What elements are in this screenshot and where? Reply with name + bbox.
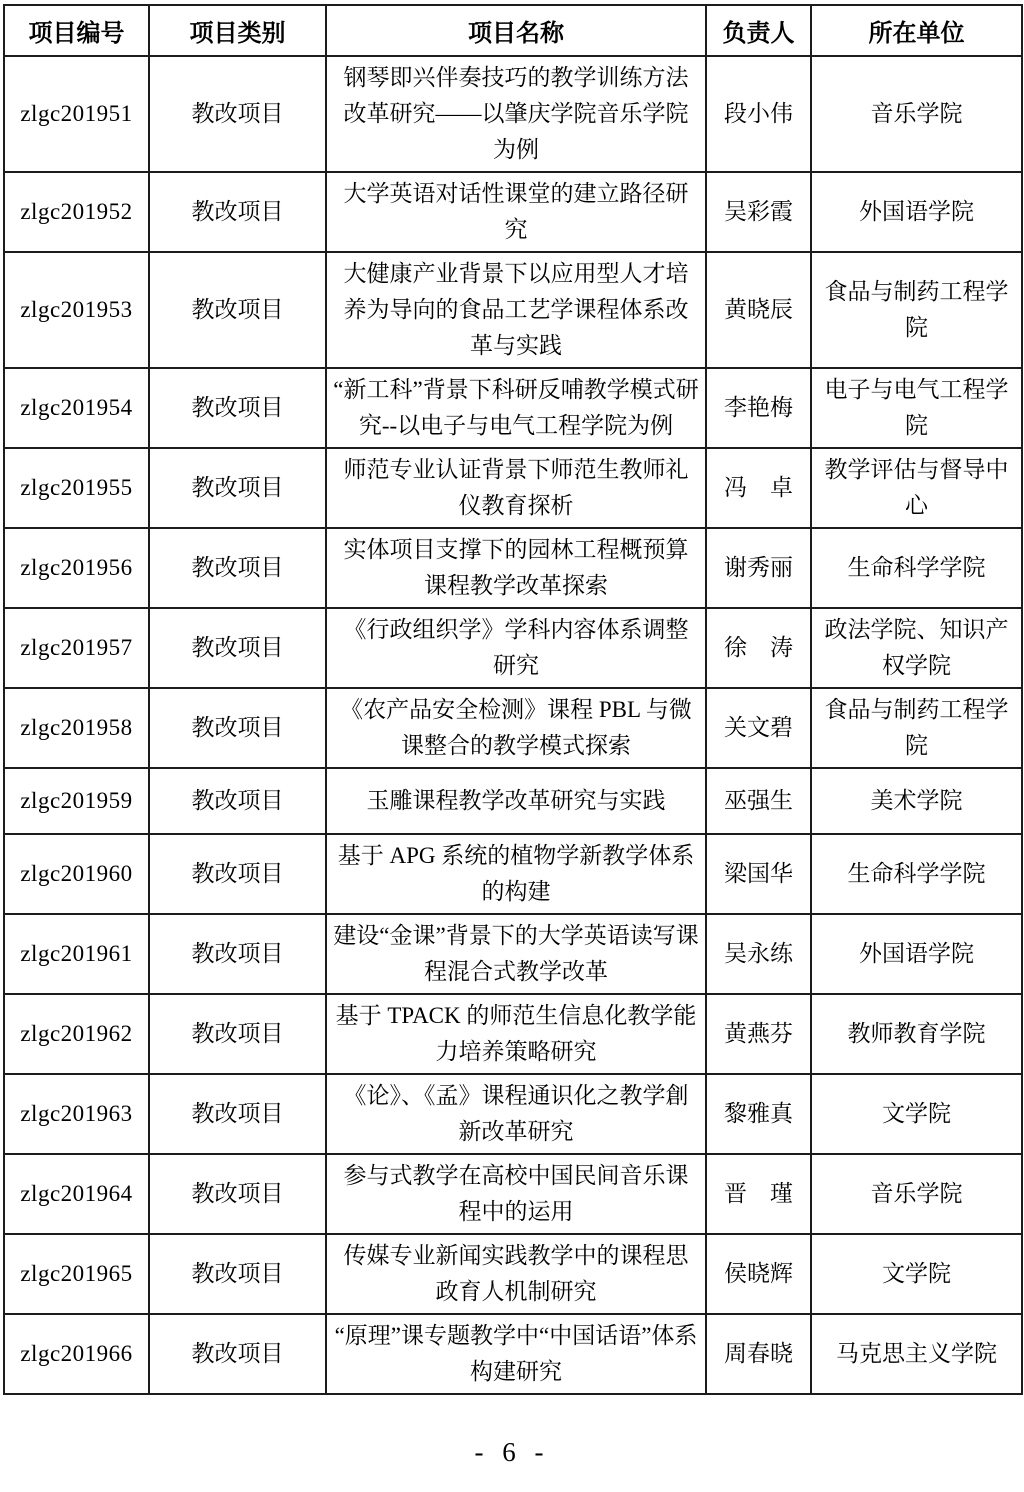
project-id-cell: zlgc201953	[4, 252, 149, 368]
table-row: zlgc201953 教改项目 大健康产业背景下以应用型人才培养为导向的食品工艺…	[4, 252, 1022, 368]
project-category-cell: 教改项目	[149, 1234, 326, 1314]
project-unit-cell: 音乐学院	[811, 1154, 1022, 1234]
header-project-leader: 负责人	[706, 5, 811, 56]
table-row: zlgc201961 教改项目 建设“金课”背景下的大学英语读写课程混合式教学改…	[4, 914, 1022, 994]
table-row: zlgc201966 教改项目 “原理”课专题教学中“中国话语”体系构建研究 周…	[4, 1314, 1022, 1394]
table-row: zlgc201962 教改项目 基于 TPACK 的师范生信息化教学能力培养策略…	[4, 994, 1022, 1074]
project-leader-cell: 吴彩霞	[706, 172, 811, 252]
project-leader-cell: 冯 卓	[706, 448, 811, 528]
project-id-cell: zlgc201958	[4, 688, 149, 768]
project-category-cell: 教改项目	[149, 834, 326, 914]
project-leader-cell: 周春晓	[706, 1314, 811, 1394]
project-id-cell: zlgc201951	[4, 56, 149, 172]
project-name-cell: 参与式教学在高校中国民间音乐课程中的运用	[326, 1154, 706, 1234]
project-name-cell: 《论》、《孟》课程通识化之教学創新改革研究	[326, 1074, 706, 1154]
project-name-cell: 基于 APG 系统的植物学新教学体系的构建	[326, 834, 706, 914]
project-unit-cell: 电子与电气工程学院	[811, 368, 1022, 448]
project-leader-cell: 李艳梅	[706, 368, 811, 448]
project-unit-cell: 生命科学学院	[811, 528, 1022, 608]
table-row: zlgc201954 教改项目 “新工科”背景下科研反哺教学模式研究--以电子与…	[4, 368, 1022, 448]
project-category-cell: 教改项目	[149, 528, 326, 608]
project-unit-cell: 教师教育学院	[811, 994, 1022, 1074]
project-id-cell: zlgc201957	[4, 608, 149, 688]
project-id-cell: zlgc201954	[4, 368, 149, 448]
project-category-cell: 教改项目	[149, 688, 326, 768]
project-id-cell: zlgc201962	[4, 994, 149, 1074]
project-unit-cell: 教学评估与督导中心	[811, 448, 1022, 528]
table-header-row: 项目编号 项目类别 项目名称 负责人 所在单位	[4, 5, 1022, 56]
project-unit-cell: 政法学院、知识产权学院	[811, 608, 1022, 688]
header-project-name: 项目名称	[326, 5, 706, 56]
project-unit-cell: 美术学院	[811, 768, 1022, 834]
project-category-cell: 教改项目	[149, 768, 326, 834]
project-name-cell: 玉雕课程教学改革研究与实践	[326, 768, 706, 834]
project-id-cell: zlgc201961	[4, 914, 149, 994]
project-id-cell: zlgc201964	[4, 1154, 149, 1234]
project-category-cell: 教改项目	[149, 448, 326, 528]
table-row: zlgc201955 教改项目 师范专业认证背景下师范生教师礼仪教育探析 冯 卓…	[4, 448, 1022, 528]
table-row: zlgc201965 教改项目 传媒专业新闻实践教学中的课程思政育人机制研究 侯…	[4, 1234, 1022, 1314]
header-project-category: 项目类别	[149, 5, 326, 56]
project-id-cell: zlgc201960	[4, 834, 149, 914]
document-page: 项目编号 项目类别 项目名称 负责人 所在单位 zlgc201951 教改项目 …	[3, 4, 1021, 1468]
project-unit-cell: 食品与制药工程学院	[811, 688, 1022, 768]
project-leader-cell: 晋 瑾	[706, 1154, 811, 1234]
project-name-cell: 大健康产业背景下以应用型人才培养为导向的食品工艺学课程体系改革与实践	[326, 252, 706, 368]
table-row: zlgc201958 教改项目 《农产品安全检测》课程 PBL 与微课整合的教学…	[4, 688, 1022, 768]
project-category-cell: 教改项目	[149, 252, 326, 368]
project-name-cell: 《农产品安全检测》课程 PBL 与微课整合的教学模式探索	[326, 688, 706, 768]
project-name-cell: 建设“金课”背景下的大学英语读写课程混合式教学改革	[326, 914, 706, 994]
project-name-cell: “原理”课专题教学中“中国话语”体系构建研究	[326, 1314, 706, 1394]
table-row: zlgc201964 教改项目 参与式教学在高校中国民间音乐课程中的运用 晋 瑾…	[4, 1154, 1022, 1234]
header-project-unit: 所在单位	[811, 5, 1022, 56]
project-leader-cell: 关文碧	[706, 688, 811, 768]
projects-table: 项目编号 项目类别 项目名称 负责人 所在单位 zlgc201951 教改项目 …	[3, 4, 1023, 1395]
project-id-cell: zlgc201956	[4, 528, 149, 608]
header-project-id: 项目编号	[4, 5, 149, 56]
project-name-cell: 钢琴即兴伴奏技巧的教学训练方法改革研究——以肇庆学院音乐学院为例	[326, 56, 706, 172]
project-leader-cell: 黎雅真	[706, 1074, 811, 1154]
project-unit-cell: 生命科学学院	[811, 834, 1022, 914]
table-row: zlgc201957 教改项目 《行政组织学》学科内容体系调整研究 徐 涛 政法…	[4, 608, 1022, 688]
project-category-cell: 教改项目	[149, 368, 326, 448]
table-row: zlgc201959 教改项目 玉雕课程教学改革研究与实践 巫强生 美术学院	[4, 768, 1022, 834]
project-name-cell: 《行政组织学》学科内容体系调整研究	[326, 608, 706, 688]
page-number: - 6 -	[3, 1437, 1021, 1468]
project-category-cell: 教改项目	[149, 172, 326, 252]
project-leader-cell: 巫强生	[706, 768, 811, 834]
project-id-cell: zlgc201963	[4, 1074, 149, 1154]
project-name-cell: 实体项目支撑下的园林工程概预算课程教学改革探索	[326, 528, 706, 608]
project-unit-cell: 马克思主义学院	[811, 1314, 1022, 1394]
project-leader-cell: 梁国华	[706, 834, 811, 914]
project-category-cell: 教改项目	[149, 994, 326, 1074]
table-row: zlgc201960 教改项目 基于 APG 系统的植物学新教学体系的构建 梁国…	[4, 834, 1022, 914]
project-category-cell: 教改项目	[149, 914, 326, 994]
project-unit-cell: 文学院	[811, 1234, 1022, 1314]
project-id-cell: zlgc201959	[4, 768, 149, 834]
project-category-cell: 教改项目	[149, 56, 326, 172]
project-leader-cell: 黄晓辰	[706, 252, 811, 368]
project-unit-cell: 文学院	[811, 1074, 1022, 1154]
project-name-cell: “新工科”背景下科研反哺教学模式研究--以电子与电气工程学院为例	[326, 368, 706, 448]
table-row: zlgc201952 教改项目 大学英语对话性课堂的建立路径研究 吴彩霞 外国语…	[4, 172, 1022, 252]
project-leader-cell: 黄燕芬	[706, 994, 811, 1074]
project-unit-cell: 音乐学院	[811, 56, 1022, 172]
project-leader-cell: 徐 涛	[706, 608, 811, 688]
project-leader-cell: 谢秀丽	[706, 528, 811, 608]
project-name-cell: 大学英语对话性课堂的建立路径研究	[326, 172, 706, 252]
project-unit-cell: 食品与制药工程学院	[811, 252, 1022, 368]
table-row: zlgc201963 教改项目 《论》、《孟》课程通识化之教学創新改革研究 黎雅…	[4, 1074, 1022, 1154]
project-category-cell: 教改项目	[149, 1074, 326, 1154]
project-id-cell: zlgc201965	[4, 1234, 149, 1314]
project-id-cell: zlgc201955	[4, 448, 149, 528]
project-id-cell: zlgc201952	[4, 172, 149, 252]
project-name-cell: 师范专业认证背景下师范生教师礼仪教育探析	[326, 448, 706, 528]
project-unit-cell: 外国语学院	[811, 914, 1022, 994]
project-category-cell: 教改项目	[149, 1154, 326, 1234]
project-name-cell: 基于 TPACK 的师范生信息化教学能力培养策略研究	[326, 994, 706, 1074]
project-category-cell: 教改项目	[149, 608, 326, 688]
table-row: zlgc201956 教改项目 实体项目支撑下的园林工程概预算课程教学改革探索 …	[4, 528, 1022, 608]
project-leader-cell: 侯晓辉	[706, 1234, 811, 1314]
table-row: zlgc201951 教改项目 钢琴即兴伴奏技巧的教学训练方法改革研究——以肇庆…	[4, 56, 1022, 172]
project-leader-cell: 段小伟	[706, 56, 811, 172]
project-name-cell: 传媒专业新闻实践教学中的课程思政育人机制研究	[326, 1234, 706, 1314]
project-id-cell: zlgc201966	[4, 1314, 149, 1394]
project-leader-cell: 吴永练	[706, 914, 811, 994]
project-category-cell: 教改项目	[149, 1314, 326, 1394]
project-unit-cell: 外国语学院	[811, 172, 1022, 252]
